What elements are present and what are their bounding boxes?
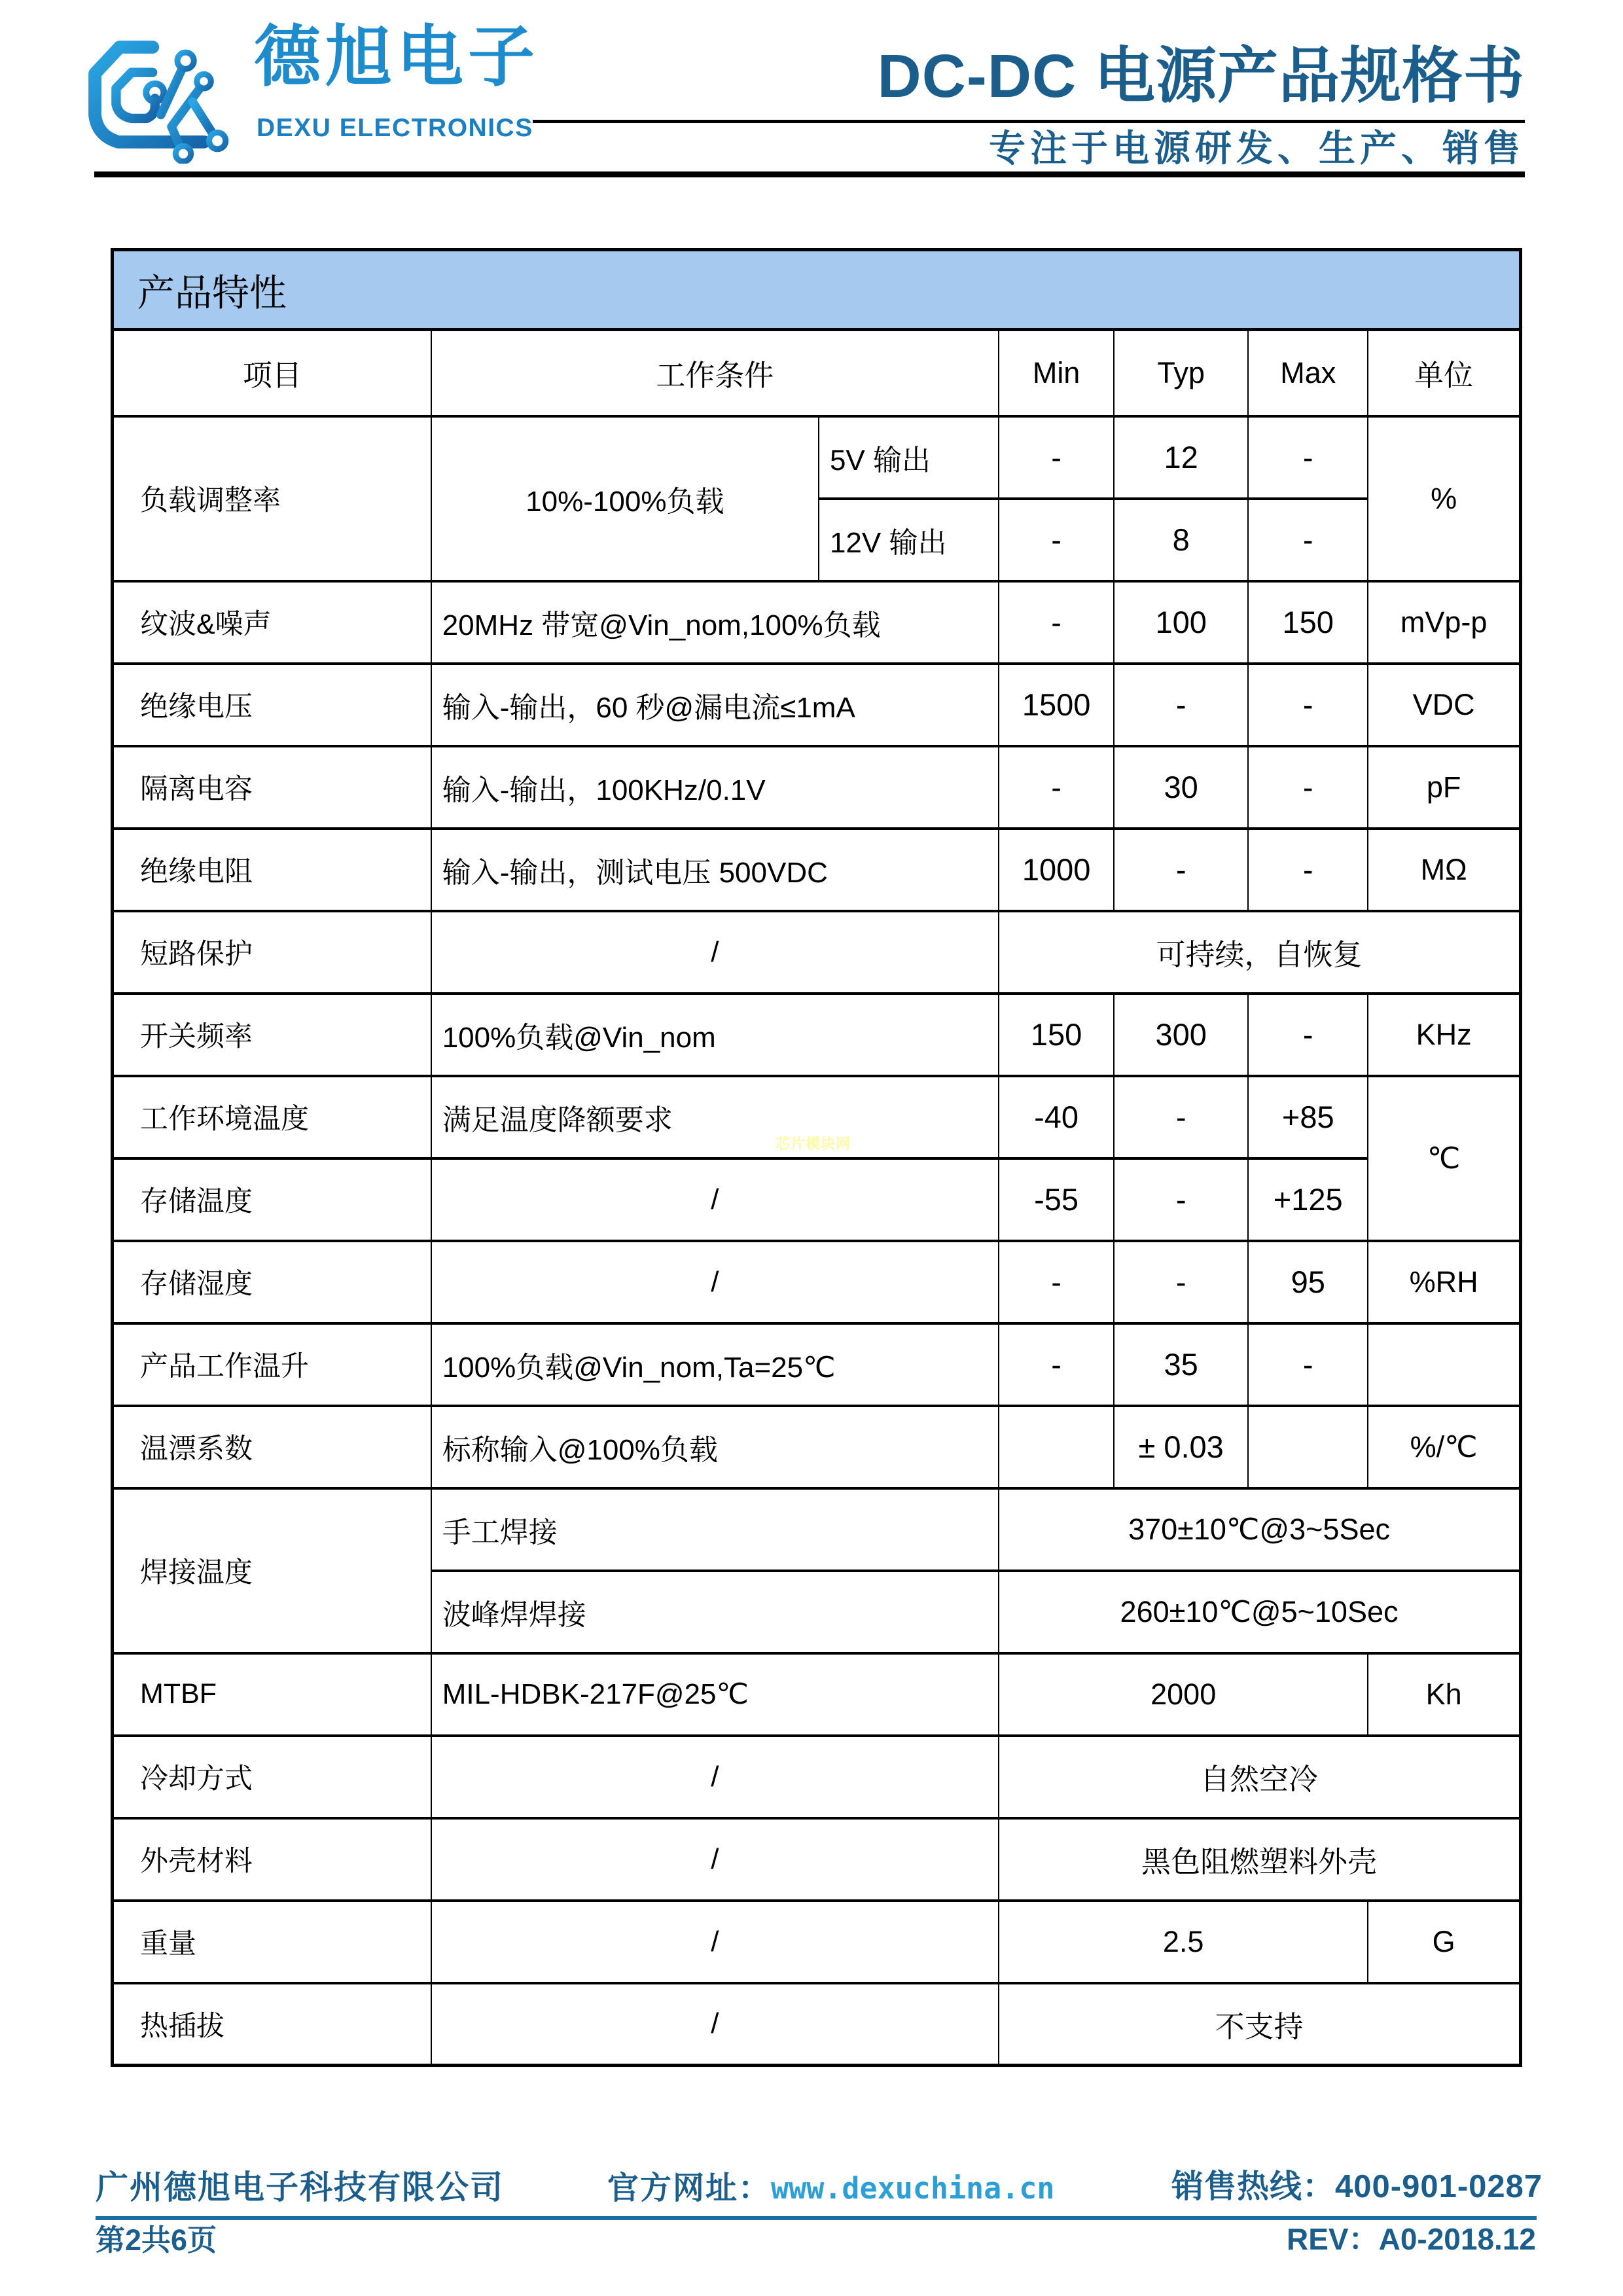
cell-condition: 波峰焊焊接 xyxy=(431,1571,999,1653)
col-header-condition: 工作条件 xyxy=(431,330,999,416)
cell-min: 1000 xyxy=(999,829,1114,911)
cell-condition: 输入-输出，测试电压 500VDC xyxy=(431,829,999,911)
cell-min: 150 xyxy=(999,994,1114,1076)
cell-typ: 12 xyxy=(1114,416,1248,499)
col-header-min: Min xyxy=(999,330,1114,416)
table-row: 绝缘电阻 输入-输出，测试电压 500VDC 1000 - - MΩ xyxy=(113,829,1521,911)
cell-min: -40 xyxy=(999,1076,1114,1158)
footer-website: 官方网址：www.dexuchina.cn xyxy=(607,2173,1055,2204)
cell-condition: MIL-HDBK-217F@25℃ xyxy=(431,1653,999,1736)
table-header-row: 项目 工作条件 Min Typ Max 单位 xyxy=(113,330,1521,416)
cell-min: - xyxy=(999,581,1114,664)
cell-item: 绝缘电阻 xyxy=(113,829,431,911)
cell-item: 负载调整率 xyxy=(113,416,431,581)
table-row: 纹波&噪声 20MHz 带宽@Vin_nom,100%负载 - 100 150 … xyxy=(113,581,1521,664)
cell-value: 260±10℃@5~10Sec xyxy=(999,1571,1520,1653)
cell-typ: 35 xyxy=(1114,1323,1248,1406)
table-row: 温漂系数 标称输入@100%负载 ± 0.03 %/℃ xyxy=(113,1406,1521,1488)
cell-max: - xyxy=(1248,829,1368,911)
footer-hotline-label: 销售热线： xyxy=(1171,2169,1335,2204)
cell-condition: 100%负载@Vin_nom,Ta=25℃ xyxy=(431,1323,999,1406)
cell-condition: / xyxy=(431,1736,999,1818)
footer-hotline: 销售热线：400-901-0287 xyxy=(1171,2171,1543,2203)
product-spec-table: 产品特性 项目 工作条件 Min Typ Max 单位 负载调整率 10%-10… xyxy=(111,248,1522,2067)
cell-max: +85 xyxy=(1248,1076,1368,1158)
cell-typ: - xyxy=(1114,1076,1248,1158)
cell-value: 2000 xyxy=(999,1653,1368,1736)
cell-typ: - xyxy=(1114,1158,1248,1241)
company-logo-icon xyxy=(77,25,254,164)
cell-condition: / xyxy=(431,1901,999,1983)
cell-min: 1500 xyxy=(999,664,1114,746)
cell-typ: - xyxy=(1114,664,1248,746)
header-divider xyxy=(94,171,1525,177)
footer-page-number: 第2共6页 xyxy=(96,2225,217,2255)
cell-unit xyxy=(1368,1323,1520,1406)
cell-max: - xyxy=(1248,746,1368,829)
cell-unit: MΩ xyxy=(1368,829,1520,911)
cell-item: 冷却方式 xyxy=(113,1736,431,1818)
cell-condition: 20MHz 带宽@Vin_nom,100%负载 xyxy=(431,581,999,664)
cell-item: 焊接温度 xyxy=(113,1488,431,1653)
cell-condition: / xyxy=(431,1818,999,1901)
cell-unit: %RH xyxy=(1368,1241,1520,1323)
site-watermark: 芯片模块网 xyxy=(776,1137,851,1151)
spec-sheet-page: 德旭电子 DEXU ELECTRONICS DC-DC 电源产品规格书 专注于电… xyxy=(0,0,1623,2296)
company-name-cn: 德旭电子 xyxy=(254,24,539,90)
cell-max xyxy=(1248,1406,1368,1488)
cell-subcondition: 12V 输出 xyxy=(819,499,999,581)
cell-item: 工作环境温度 xyxy=(113,1076,431,1158)
table-row: 焊接温度 手工焊接 370±10℃@3~5Sec xyxy=(113,1488,1521,1571)
cell-value: 不支持 xyxy=(999,1983,1520,2066)
cell-max: +125 xyxy=(1248,1158,1368,1241)
cell-item: 外壳材料 xyxy=(113,1818,431,1901)
cell-condition: 标称输入@100%负载 xyxy=(431,1406,999,1488)
cell-min: -55 xyxy=(999,1158,1114,1241)
cell-max: 95 xyxy=(1248,1241,1368,1323)
table-row: 隔离电容 输入-输出，100KHz/0.1V - 30 - pF xyxy=(113,746,1521,829)
table-row: 外壳材料 / 黑色阻燃塑料外壳 xyxy=(113,1818,1521,1901)
table-row: MTBF MIL-HDBK-217F@25℃ 2000 Kh xyxy=(113,1653,1521,1736)
cell-condition: 输入-输出，60 秒@漏电流≤1mA xyxy=(431,664,999,746)
footer-website-label: 官方网址： xyxy=(607,2171,771,2206)
table-row: 重量 / 2.5 G xyxy=(113,1901,1521,1983)
cell-item: 纹波&噪声 xyxy=(113,581,431,664)
cell-value: 自然空冷 xyxy=(999,1736,1520,1818)
cell-max: - xyxy=(1248,499,1368,581)
cell-item: 存储温度 xyxy=(113,1158,431,1241)
table-title-row: 产品特性 xyxy=(113,250,1521,330)
col-header-typ: Typ xyxy=(1114,330,1248,416)
table-row: 短路保护 / 可持续，自恢复 xyxy=(113,911,1521,994)
cell-min: - xyxy=(999,1323,1114,1406)
table-row: 冷却方式 / 自然空冷 xyxy=(113,1736,1521,1818)
cell-unit: mVp-p xyxy=(1368,581,1520,664)
cell-value: 可持续，自恢复 xyxy=(999,911,1520,994)
header-title-underline xyxy=(533,120,1525,123)
document-title: DC-DC 电源产品规格书 xyxy=(878,46,1525,107)
footer-revision: REV：A0-2018.12 xyxy=(1287,2224,1536,2254)
cell-typ: ± 0.03 xyxy=(1114,1406,1248,1488)
cell-min: - xyxy=(999,499,1114,581)
cell-unit: Kh xyxy=(1368,1653,1520,1736)
cell-value: 黑色阻燃塑料外壳 xyxy=(999,1818,1520,1901)
cell-min xyxy=(999,1406,1114,1488)
cell-item: MTBF xyxy=(113,1653,431,1736)
cell-max: 150 xyxy=(1248,581,1368,664)
footer-divider xyxy=(96,2216,1537,2220)
table-row: 存储温度 / -55 - +125 xyxy=(113,1158,1521,1241)
col-header-max: Max xyxy=(1248,330,1368,416)
table-row: 存储湿度 / - - 95 %RH xyxy=(113,1241,1521,1323)
cell-condition: 输入-输出，100KHz/0.1V xyxy=(431,746,999,829)
cell-min: - xyxy=(999,746,1114,829)
cell-subcondition: 5V 输出 xyxy=(819,416,999,499)
cell-item: 绝缘电压 xyxy=(113,664,431,746)
cell-item: 开关频率 xyxy=(113,994,431,1076)
cell-unit: KHz xyxy=(1368,994,1520,1076)
cell-typ: 30 xyxy=(1114,746,1248,829)
cell-item: 产品工作温升 xyxy=(113,1323,431,1406)
table-row: 热插拔 / 不支持 xyxy=(113,1983,1521,2066)
cell-value: 2.5 xyxy=(999,1901,1368,1983)
table-row: 绝缘电压 输入-输出，60 秒@漏电流≤1mA 1500 - - VDC xyxy=(113,664,1521,746)
table-row: 产品工作温升 100%负载@Vin_nom,Ta=25℃ - 35 - xyxy=(113,1323,1521,1406)
cell-item: 热插拔 xyxy=(113,1983,431,2066)
cell-unit: % xyxy=(1368,416,1520,581)
cell-condition: 10%-100%负载 xyxy=(431,416,819,581)
footer-hotline-number: 400-901-0287 xyxy=(1335,2169,1543,2204)
footer-website-url[interactable]: www.dexuchina.cn xyxy=(771,2171,1054,2206)
cell-unit: G xyxy=(1368,1901,1520,1983)
cell-unit: pF xyxy=(1368,746,1520,829)
col-header-item: 项目 xyxy=(113,330,431,416)
cell-condition: 满足温度降额要求 xyxy=(431,1076,999,1158)
footer-company-name: 广州德旭电子科技有限公司 xyxy=(96,2171,504,2204)
cell-min: - xyxy=(999,1241,1114,1323)
cell-condition: / xyxy=(431,1158,999,1241)
cell-typ: 300 xyxy=(1114,994,1248,1076)
cell-max: - xyxy=(1248,994,1368,1076)
cell-typ: - xyxy=(1114,1241,1248,1323)
cell-condition: 100%负载@Vin_nom xyxy=(431,994,999,1076)
cell-unit: %/℃ xyxy=(1368,1406,1520,1488)
cell-unit: VDC xyxy=(1368,664,1520,746)
table-row: 开关频率 100%负载@Vin_nom 150 300 - KHz xyxy=(113,994,1521,1076)
cell-item: 重量 xyxy=(113,1901,431,1983)
cell-condition: / xyxy=(431,911,999,994)
cell-unit: ℃ xyxy=(1368,1076,1520,1241)
col-header-unit: 单位 xyxy=(1368,330,1520,416)
cell-item: 短路保护 xyxy=(113,911,431,994)
cell-condition: / xyxy=(431,1241,999,1323)
cell-typ: 8 xyxy=(1114,499,1248,581)
company-name-en: DEXU ELECTRONICS xyxy=(257,115,533,141)
cell-item: 温漂系数 xyxy=(113,1406,431,1488)
cell-item: 隔离电容 xyxy=(113,746,431,829)
cell-typ: - xyxy=(1114,829,1248,911)
cell-max: - xyxy=(1248,416,1368,499)
document-subtitle: 专注于电源研发、生产、销售 xyxy=(989,130,1525,167)
cell-max: - xyxy=(1248,1323,1368,1406)
cell-typ: 100 xyxy=(1114,581,1248,664)
cell-value: 370±10℃@3~5Sec xyxy=(999,1488,1520,1571)
table-row: 负载调整率 10%-100%负载 5V 输出 - 12 - % xyxy=(113,416,1521,499)
cell-condition: 手工焊接 xyxy=(431,1488,999,1571)
cell-condition: / xyxy=(431,1983,999,2066)
table-title: 产品特性 xyxy=(113,250,1521,330)
cell-item: 存储湿度 xyxy=(113,1241,431,1323)
cell-min: - xyxy=(999,416,1114,499)
cell-max: - xyxy=(1248,664,1368,746)
